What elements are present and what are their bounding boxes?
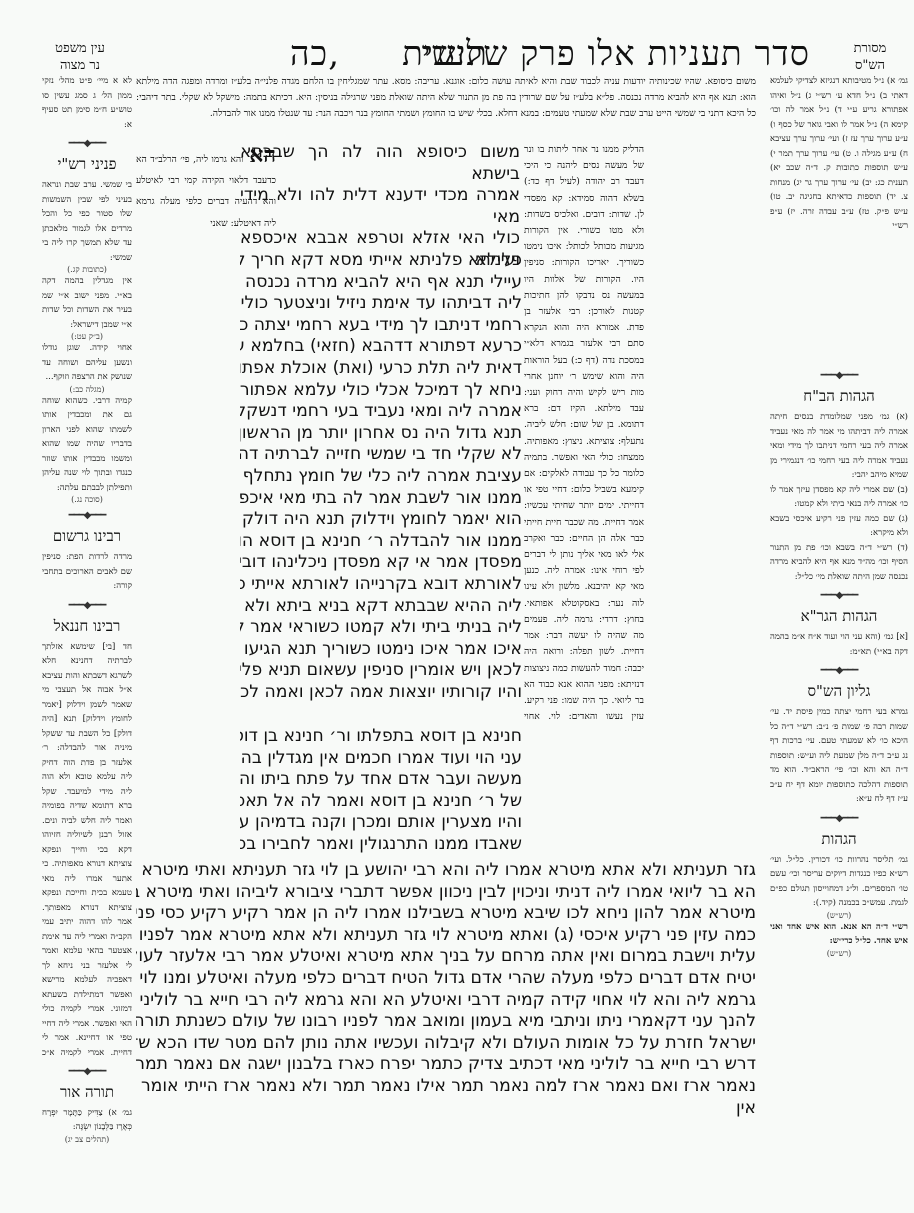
- hagahot-habach-title: הגהות הב"ח: [770, 387, 908, 406]
- gemara-block-bottom: גזר תעניתא ולא אתא מיטרא אמרו ליה והא רב…: [136, 860, 756, 1120]
- gilyon-hashas-title: גליון הש"ס: [770, 682, 908, 701]
- rabbeinu-chananel-title: רבינו חננאל: [42, 617, 132, 636]
- torah-or-title: תורה אור: [42, 1083, 132, 1102]
- divider-ornament: ━━━◆━━━: [42, 510, 132, 521]
- chapter-title: סדר תעניות אלו פרק שלישי: [560, 34, 810, 74]
- gilyon-hashas-text: גמרא בעי רחמי יצתה כמין פיסת יד. עי׳ שמו…: [770, 705, 908, 807]
- divider-ornament: ━━━◆━━━: [770, 590, 908, 601]
- right-margin-column: גמ׳ א) נ״ל מטיבותא דנגיזא לצדיקי לעלמא ד…: [770, 74, 908, 958]
- torah-or-text: גמ׳ א) צַדִּיק כַּתָּמָר יִפְרָח כְּאֶרֶ…: [42, 1106, 132, 1135]
- divider-ornament: ━━━◆━━━: [42, 600, 132, 611]
- hagahot-habach-item: (ד) רש״י ד״ה בשבא וכו׳ פת מן התנור הסיף …: [770, 541, 908, 585]
- hagahot-hagra-title: הגהות הגר"א: [770, 607, 908, 626]
- rabbeinu-gershom-text: מרדה לרדות הפת: סניפין שם לאבים הארוכים …: [42, 550, 132, 594]
- rabbeinu-gershom-title: רבינו גרשום: [42, 527, 132, 546]
- divider-ornament: ━━━◆━━━: [770, 813, 908, 824]
- pninei-rashi-item: בי שמשי. ערב שבת ונראה בעיני לפי שבין הש…: [42, 178, 132, 274]
- hagahot-ref: (רש״ש): [770, 911, 908, 920]
- ein-mishpat-label: עין משפט נר מצוה: [30, 40, 130, 74]
- pninei-rashi-item: אחוי קידה. שוגן גודלו ונשען עליהם ושוחה …: [42, 341, 132, 394]
- rashi-top-text: משום כיסופא. שהיו שכינותיה יודעות עניה ל…: [136, 74, 756, 140]
- divider-ornament: ━━━◆━━━: [42, 1066, 132, 1077]
- hagahot-habach-item: (ב) שם אמרי ליה קא מפסדן עיזך אמר לו כו׳…: [770, 483, 908, 512]
- hagahot-hagra-text: [א] גמ׳ (והא עני הוי ועוד א״ח א״מ בהמה ד…: [770, 630, 908, 659]
- divider-ornament: ━━━◆━━━: [770, 665, 908, 676]
- masoret-hashas-label: מסורת הש"ס: [830, 40, 910, 74]
- folio-number: כה,: [270, 34, 360, 74]
- rashi-side-text: הדליק ממנו נר אחר ליתות בו ונר של מעשה נ…: [524, 142, 644, 727]
- rabbeinu-chananel-text: חד [בי] שימשא אזלתך לברתיה דחנינא חלא לש…: [42, 640, 132, 1060]
- pninei-rashi-title: פניני רש"י: [42, 155, 132, 174]
- hagahot-title: הגהות: [770, 830, 908, 849]
- gemara-block-mid: פלניתא פלניתא אייתי מסא דקא חריך לחמיך א…: [240, 250, 522, 730]
- hagahot-habach-item: (א) גמ׳ מפני שמלומדת בנסים חיתה אמרה ליה…: [770, 410, 908, 483]
- hagahot-text: גמ׳ תליסר נהרוות כו׳ דכורין. כל״ל. ועי׳ …: [770, 853, 908, 911]
- divider-ornament: ━━━◆━━━: [42, 138, 132, 149]
- pninei-rashi-item: קמיה דרבי. כשהוא שוחה גם את ומכבדין אותו…: [42, 394, 132, 505]
- hagahot-habach-item: (ג) שם כמה עזין פני רקיע איכסי בשבא ולא …: [770, 512, 908, 541]
- hagahot-rashi-note: רש״י ד״ה הא אנא. הוא איש אחד ואני איש אח…: [770, 920, 908, 949]
- ein-mishpat-text: לא א מיי׳ פ״ט מהל׳ נזקי ממון הל׳ ג סמג ע…: [42, 74, 132, 132]
- hagahot-ref: (רש״ש): [770, 949, 908, 958]
- pninei-rashi-item: אין מגדלין בהמה דקה בא״י. מפני ישוב א״י …: [42, 274, 132, 341]
- divider-ornament: ━━━◆━━━: [770, 370, 908, 381]
- gemara-block-lower: חנינא בן דוסא בתפלתו ור׳ חנינא בן דוסא מ…: [240, 726, 522, 876]
- left-margin-column: לא א מיי׳ פ״ט מהל׳ נזקי ממון הל׳ ג סמג ע…: [42, 74, 132, 1144]
- torah-or-ref: (תהלים צב יג): [42, 1135, 132, 1144]
- masoret-hashas-text: גמ׳ א) נ״ל מטיבותא דנגיזא לצדיקי לעלמא ד…: [770, 74, 908, 364]
